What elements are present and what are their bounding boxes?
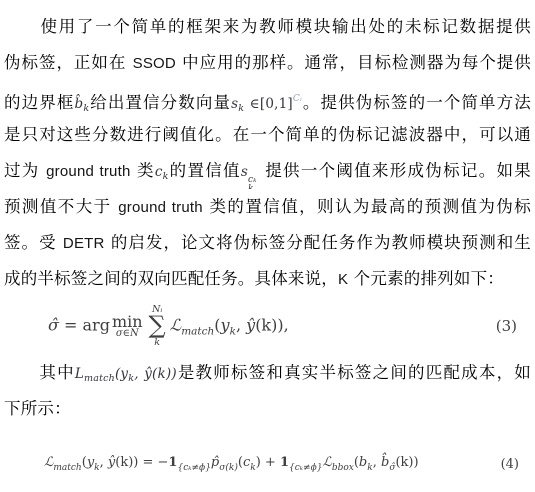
inline-math-superscript: Cᵢ: [293, 94, 302, 104]
paragraph-1: 使用了一个简单的框架来为教师模块输出处的未标记数据提供伪标签，正如在 SSOD …: [4, 9, 531, 297]
math-roman: ,: [373, 455, 381, 470]
formula-expression: ℒmatch(yk, ŷ(k)) = −1{cₖ≠ϕ}p̂σ(k)(ck) + …: [44, 455, 501, 473]
chinese-text-run: 给出置信分数向量: [89, 93, 231, 112]
math-italic: σ̂: [48, 315, 59, 334]
chinese-text-run: 预测值不大于: [4, 197, 118, 216]
math-italic: ℒ: [170, 315, 182, 334]
summation-symbol: Nᵢ∑k: [149, 306, 166, 346]
text-line: 伪标签，正如在 SSOD 中应用的那样。通常，目标检测器为每个提供: [4, 45, 531, 81]
equation-4: ℒmatch(yk, ŷ(k)) = −1{cₖ≠ϕ}p̂σ(k)(ck) + …: [4, 441, 531, 487]
math-roman: ) +: [256, 455, 280, 470]
equation-number: (3): [496, 317, 517, 335]
document-body: 使用了一个简单的框架来为教师模块输出处的未标记数据提供伪标签，正如在 SSOD …: [0, 0, 535, 487]
math-italic: b: [359, 455, 367, 470]
latin-text-run: SSOD: [133, 55, 176, 72]
math-roman: ,: [236, 315, 246, 334]
operator-with-limits: minσ∈N: [112, 314, 143, 338]
text-line: 的边界框b̂k给出置信分数向量sk ∈[0,1]Cᵢ。提供伪标签的一个简单方法: [4, 81, 531, 117]
math-roman: arg: [83, 315, 110, 334]
equation-number: (4): [501, 457, 519, 472]
math-italic: ŷ: [246, 315, 255, 334]
math-subscript: {cₖ≠ϕ}: [177, 463, 210, 473]
chinese-text-run: 伪标签，正如在: [4, 53, 133, 72]
math-subscript: {cₖ≠ϕ}: [289, 463, 322, 473]
sub-sup-stack: cₖk: [248, 176, 257, 189]
inline-math: b̂: [74, 96, 83, 112]
chinese-text-run: 类的置信值，则认为最高的预测值为伪标: [203, 197, 531, 216]
math-subscript: bbox: [332, 463, 354, 473]
chinese-text-run: 过为: [4, 161, 46, 180]
chinese-text-run: 个元素的排列如下：: [348, 269, 504, 288]
latin-text-run: ground truth: [46, 163, 130, 180]
equation-3: σ̂ = argminσ∈NNᵢ∑kℒmatch(yk, ŷ(k)),(3): [4, 297, 531, 355]
math-roman: (k)) = −: [115, 455, 168, 470]
chinese-text-run: 下所示：: [4, 399, 71, 418]
text-line: 下所示：: [4, 391, 531, 427]
chinese-text-run: 的边界框: [4, 93, 74, 112]
latin-text-run: K: [338, 271, 348, 288]
math-roman: (k)),: [255, 315, 289, 334]
formula-expression: σ̂ = argminσ∈NNᵢ∑kℒmatch(yk, ŷ(k)),: [48, 306, 496, 346]
chinese-text-run: 签。受: [4, 233, 63, 252]
indicator-one: 1: [280, 455, 289, 470]
chinese-text-run: 的启发，论文将伪标签分配任务作为教师模块预测和生: [105, 233, 531, 252]
latin-text-run: ground truth: [118, 199, 203, 216]
text-line: 预测值不大于 ground truth 类的置信值，则认为最高的预测值为伪标: [4, 189, 531, 225]
document-page: 使用了一个简单的框架来为教师模块输出处的未标记数据提供伪标签，正如在 SSOD …: [0, 0, 535, 492]
math-subscript: σ(k): [219, 463, 238, 473]
text-line: 签。受 DETR 的启发，论文将伪标签分配任务作为教师模块预测和生: [4, 225, 531, 261]
chinese-text-run: 是教师标签和真实半标签之间的匹配成本，如: [177, 363, 531, 382]
text-line: 成的半标签之间的双向匹配任务。具体来说，K 个元素的排列如下：: [4, 261, 531, 297]
math-italic: y: [221, 315, 230, 334]
chinese-text-run: 。提供伪标签的一个简单方法: [302, 93, 531, 112]
math-italic: ℒ: [44, 455, 53, 470]
chinese-text-run: 类: [131, 161, 155, 180]
inline-math: L: [75, 366, 84, 382]
chinese-text-run: 其中: [4, 363, 75, 382]
sigma-glyph: ∑: [149, 313, 166, 338]
math-roman: ,: [100, 455, 108, 470]
math-roman: (k)): [395, 455, 418, 470]
inline-math: (y: [115, 366, 128, 382]
inline-math: ∈[0,1]: [244, 96, 293, 112]
math-subscript: match: [181, 325, 214, 337]
math-italic: ℒ: [322, 455, 331, 470]
operator-limit: σ∈N: [116, 330, 139, 338]
inline-math-subscript: match: [84, 373, 115, 384]
math-roman: =: [59, 315, 83, 334]
math-italic: p̂: [211, 455, 219, 470]
sum-lower-limit: k: [154, 339, 160, 346]
text-line: 是只对这些分数进行阈值化。在一个简单的伪标记滤波器中，可以通: [4, 117, 531, 153]
text-line: 过为 ground truth 类ck的置信值scₖk 提供一个阈值来形成伪标记…: [4, 153, 531, 189]
latin-text-run: DETR: [63, 235, 105, 252]
text-line: 使用了一个简单的框架来为教师模块输出处的未标记数据提供: [4, 9, 531, 45]
chinese-text-run: 中应用的那样。通常，目标检测器为每个提供: [176, 53, 531, 72]
text-line: 其中Lmatch(yk, ŷ(k))是教师标签和真实半标签之间的匹配成本，如: [4, 355, 531, 391]
inline-math: c: [155, 164, 163, 180]
chinese-text-run: 的置信值: [169, 161, 241, 180]
inline-math: s: [241, 164, 248, 180]
chinese-text-run: 是只对这些分数进行阈值化。在一个简单的伪标记滤波器中，可以通: [4, 125, 531, 144]
paragraph-2: 其中Lmatch(yk, ŷ(k))是教师标签和真实半标签之间的匹配成本，如下所…: [4, 355, 531, 427]
chinese-text-run: 成的半标签之间的双向匹配任务。具体来说，: [4, 269, 338, 288]
math-subscript: match: [53, 463, 81, 473]
chinese-text-run: 使用了一个简单的框架来为教师模块输出处的未标记数据提供: [4, 17, 531, 36]
chinese-text-run: 提供一个阈值来形成伪标记。如果: [259, 161, 531, 180]
inline-math: , ŷ(k)): [134, 366, 177, 382]
